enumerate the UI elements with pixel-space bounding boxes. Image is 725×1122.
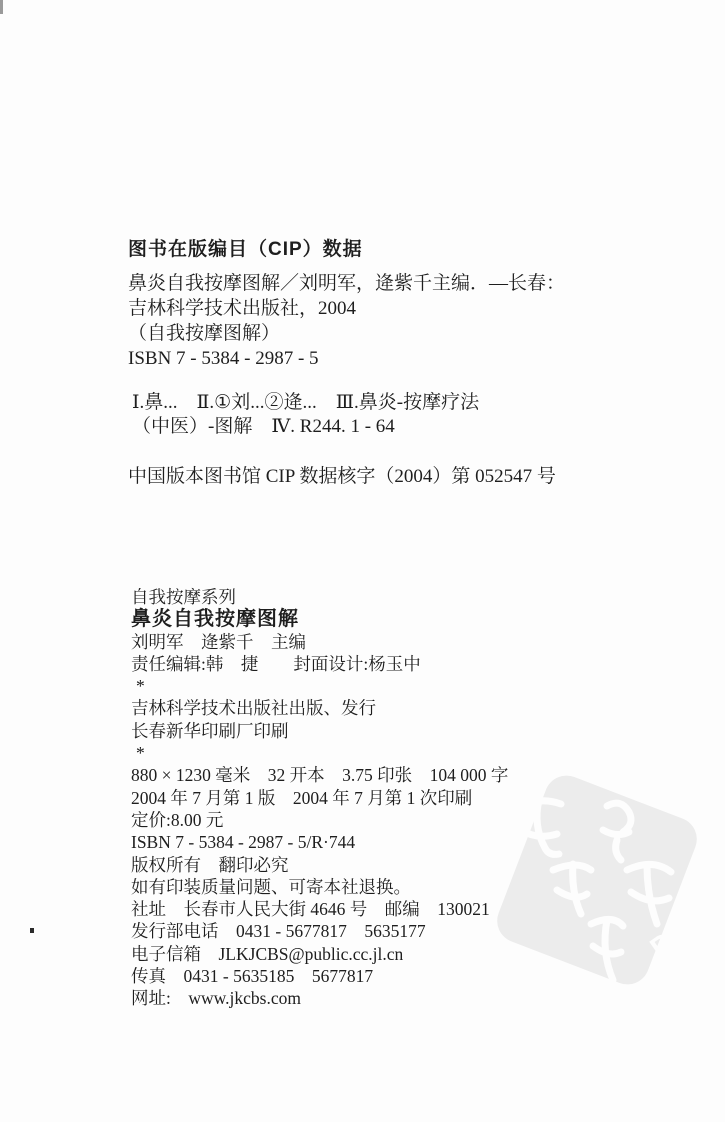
phone-line: 发行部电话 0431 - 5677817 5635177	[131, 920, 508, 942]
publisher-line: 吉林科学技术出版社出版、发行	[131, 697, 508, 719]
copyright-notice-line: 版权所有 翻印必究	[131, 854, 508, 876]
book-copyright-page: PDG 图书在版编目（CIP）数据 鼻炎自我按摩图解／刘明军，逄紫千主编．—长春…	[0, 0, 725, 1122]
cip-classification: Ⅰ.鼻... Ⅱ.①刘...②逄... Ⅲ.鼻炎-按摩疗法 （中医）-图解 Ⅳ.…	[132, 391, 479, 439]
fax-line: 传真 0431 - 5635185 5677817	[131, 965, 508, 987]
cip-classification-line-1: Ⅰ.鼻... Ⅱ.①刘...②逄... Ⅲ.鼻炎-按摩疗法	[132, 391, 479, 415]
address-line: 社址 长春市人民大街 4646 号 邮编 130021	[131, 898, 508, 920]
edition-line: 2004 年 7 月第 1 版 2004 年 7 月第 1 次印刷	[131, 787, 508, 809]
colophon: 自我按摩系列 鼻炎自我按摩图解 刘明军 逄紫千 主编 责任编辑:韩 捷 封面设计…	[131, 586, 508, 1010]
cip-heading: 图书在版编目（CIP）数据	[128, 234, 363, 261]
scan-dot-artifact	[30, 928, 34, 933]
editors-line: 责任编辑:韩 捷 封面设计:杨玉中	[131, 653, 508, 675]
isbn-line: ISBN 7 - 5384 - 2987 - 5/R·744	[131, 831, 508, 853]
cip-description: 鼻炎自我按摩图解／刘明军，逄紫千主编．—长春： 吉林科学技术出版社，2004 （…	[128, 271, 565, 371]
cip-registry-number: 中国版本图书馆 CIP 数据核字（2004）第 052547 号	[128, 461, 556, 488]
email-line: 电子信箱 JLKJCBS@public.cc.jl.cn	[131, 943, 508, 965]
cip-isbn: ISBN 7 - 5384 - 2987 - 5	[128, 346, 565, 371]
cip-series-note: （自我按摩图解）	[128, 321, 565, 346]
cip-classification-line-2: （中医）-图解 Ⅳ. R244. 1 - 64	[132, 415, 479, 439]
format-line: 880 × 1230 毫米 32 开本 3.75 印张 104 000 字	[131, 764, 508, 786]
cip-publisher-year: 吉林科学技术出版社，2004	[128, 296, 565, 321]
scan-edge-artifact	[0, 0, 3, 14]
watermark-seal-script-glyphs	[495, 778, 715, 993]
printer-line: 长春新华印刷厂印刷	[131, 720, 508, 742]
divider-asterisk-2: *	[131, 742, 508, 764]
returns-line: 如有印装质量问题、可寄本社退换。	[131, 876, 508, 898]
series-name: 自我按摩系列	[131, 586, 508, 608]
authors-line: 刘明军 逄紫千 主编	[131, 631, 508, 653]
price-line: 定价:8.00 元	[131, 809, 508, 831]
cip-title-statement: 鼻炎自我按摩图解／刘明军，逄紫千主编．—长春：	[128, 271, 565, 296]
book-title: 鼻炎自我按摩图解	[131, 608, 508, 630]
divider-asterisk-1: *	[131, 675, 508, 697]
website-line: 网址: www.jkcbs.com	[131, 987, 508, 1009]
